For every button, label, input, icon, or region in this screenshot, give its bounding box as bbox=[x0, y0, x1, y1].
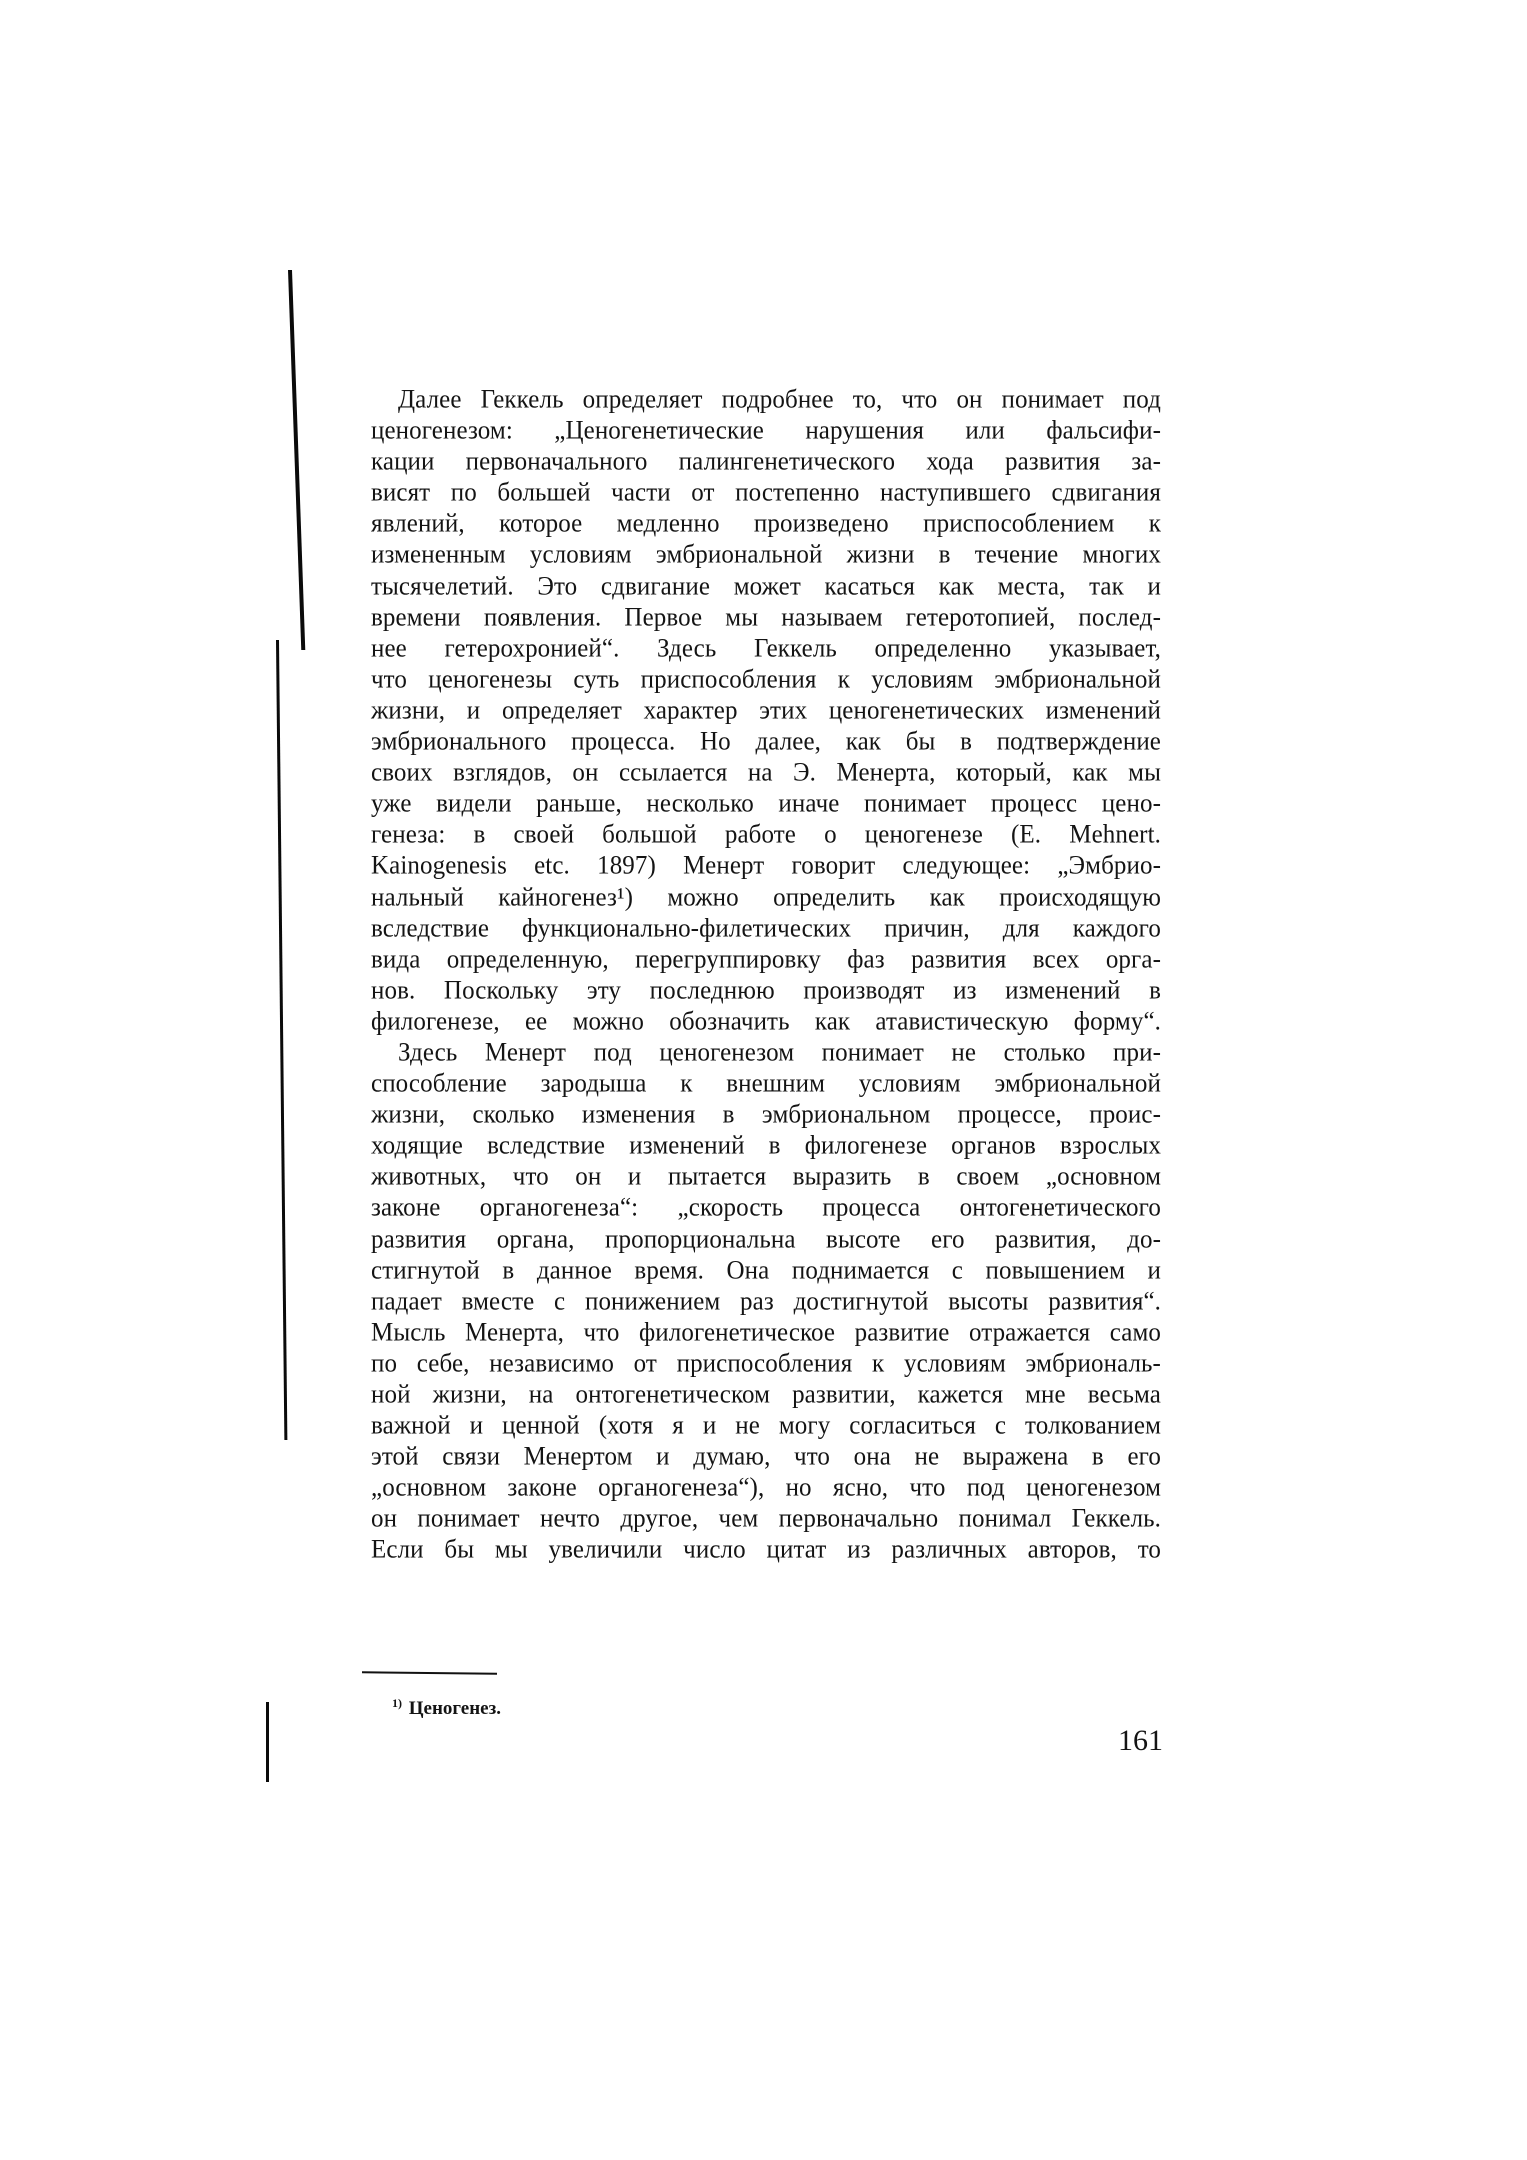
text-line: тысячелетий. Это сдвигание может касатьс… bbox=[371, 570, 1161, 603]
text-line: ходящие вследствие изменений в филогенез… bbox=[371, 1129, 1161, 1162]
text-line: стигнутой в данное время. Она поднимаетс… bbox=[371, 1254, 1161, 1287]
page-number: 161 bbox=[1118, 1724, 1163, 1758]
page-body-text: Далее Геккель определяет подробнее то, ч… bbox=[371, 384, 1161, 1566]
text-line: уже видели раньше, несколько иначе поним… bbox=[371, 787, 1161, 820]
text-line: важной и ценной (хотя я и не могу соглас… bbox=[371, 1409, 1161, 1442]
text-line: генеза: в своей большой работе о ценоген… bbox=[371, 819, 1161, 852]
text-line: он понимает нечто другое, чем первоначал… bbox=[371, 1503, 1161, 1536]
footnote-text: Ценогенез. bbox=[409, 1698, 501, 1719]
text-line: Здесь Менерт под ценогенезом понимает не… bbox=[371, 1036, 1161, 1069]
text-line: вида определенную, перегруппировку фаз р… bbox=[371, 943, 1161, 976]
text-line: ценогенезом: „Ценогенетические нарушения… bbox=[371, 414, 1161, 447]
text-line: Если бы мы увеличили число цитат из разл… bbox=[371, 1534, 1161, 1567]
text-line: висят по большей части от постепенно нас… bbox=[371, 477, 1161, 510]
scan-edge-line-top bbox=[288, 270, 305, 650]
text-line: ной жизни, на онтогенетическом развитии,… bbox=[371, 1378, 1161, 1411]
text-line: способление зародыша к внешним условиям … bbox=[371, 1067, 1161, 1100]
text-line: жизни, и определяет характер этих ценоге… bbox=[371, 694, 1161, 727]
text-line: падает вместе с понижением раз достигнут… bbox=[371, 1285, 1161, 1318]
text-line: своих взглядов, он ссылается на Э. Менер… bbox=[371, 756, 1161, 789]
scan-edge-line-middle bbox=[276, 640, 287, 1440]
text-line: нальный кайногенез¹) можно определить ка… bbox=[371, 881, 1161, 914]
text-line: что ценогенезы суть приспособления к усл… bbox=[371, 663, 1161, 696]
text-line: Kainogenesis etc. 1897) Менерт говорит с… bbox=[371, 850, 1161, 883]
text-line: времени появления. Первое мы называем ге… bbox=[371, 601, 1161, 634]
text-line: нов. Поскольку эту последнюю производят … bbox=[371, 974, 1161, 1007]
text-line: кации первоначального палингенетического… bbox=[371, 445, 1161, 478]
footnote-separator bbox=[362, 1671, 497, 1674]
scan-edge-line-bottom bbox=[266, 1702, 269, 1782]
text-line: вследствие функционально-филетических пр… bbox=[371, 912, 1161, 945]
text-line: филогенезе, ее можно обозначить как атав… bbox=[371, 1005, 1161, 1038]
text-line: Далее Геккель определяет подробнее то, ч… bbox=[371, 383, 1161, 416]
text-line: эмбрионального процесса. Но далее, как б… bbox=[371, 725, 1161, 758]
text-line: развития органа, пропорциональна высоте … bbox=[371, 1223, 1161, 1256]
text-line: явлений, которое медленно произведено пр… bbox=[371, 508, 1161, 541]
text-line: измененным условиям эмбриональной жизни … bbox=[371, 539, 1161, 572]
footnote: 1) Ценогенез. bbox=[392, 1696, 501, 1720]
text-line: нее гетерохронией“. Здесь Геккель опреде… bbox=[371, 632, 1161, 665]
text-line: „основном законе органогенеза“), но ясно… bbox=[371, 1472, 1161, 1505]
text-line: Мысль Менерта, что филогенетическое разв… bbox=[371, 1316, 1161, 1349]
text-line: этой связи Менертом и думаю, что она не … bbox=[371, 1440, 1161, 1473]
text-line: по себе, независимо от приспособления к … bbox=[371, 1347, 1161, 1380]
footnote-marker: 1) bbox=[392, 1696, 402, 1710]
text-line: жизни, сколько изменения в эмбриональном… bbox=[371, 1098, 1161, 1131]
text-line: законе органогенеза“: „скорость процесса… bbox=[371, 1192, 1161, 1225]
text-line: животных, что он и пытается выразить в с… bbox=[371, 1161, 1161, 1194]
